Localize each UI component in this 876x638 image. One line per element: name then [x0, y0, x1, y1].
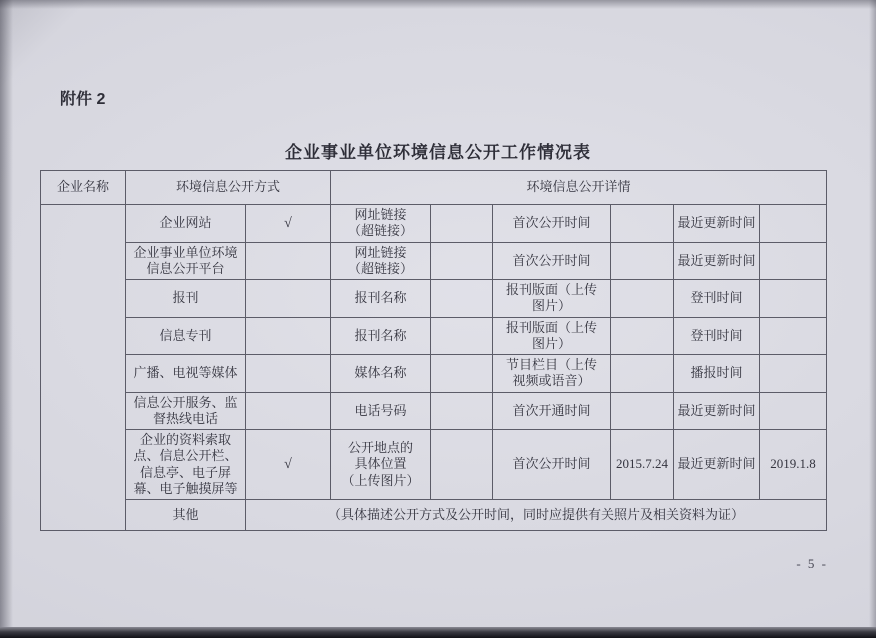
- detail-field-label: 报刊版面（上传 图片）: [493, 280, 611, 318]
- table-row-other: 其他 （具体描述公开方式及公开时间，同时应提供有关照片及相关资料为证）: [41, 500, 827, 531]
- detail-field-value: 2015.7.24: [611, 430, 674, 500]
- method-label: 信息公开服务、监督热线电话: [126, 392, 246, 430]
- method-checkmark: [246, 392, 331, 430]
- detail-field-value: [760, 205, 827, 243]
- method-label: 企业事业单位环境信息公开平台: [126, 242, 246, 280]
- detail-field-value: [431, 205, 493, 243]
- scanned-document-page: 附件 2 企业事业单位环境信息公开工作情况表 企业名称 环境信息公开方式 环境信…: [0, 0, 876, 638]
- detail-field-label: 报刊名称: [331, 280, 431, 318]
- detail-field-value: [431, 242, 493, 280]
- method-label: 信息专刊: [126, 317, 246, 355]
- method-label-other: 其他: [126, 500, 246, 531]
- detail-field-value: [611, 392, 674, 430]
- detail-field-label: 首次公开时间: [493, 205, 611, 243]
- disclosure-table: 企业名称 环境信息公开方式 环境信息公开详情 企业网站 √ 网址链接 （超链接）…: [40, 170, 827, 531]
- method-checkmark: √: [246, 430, 331, 500]
- detail-field-label: 登刊时间: [674, 280, 760, 318]
- scan-edge-left: [0, 0, 13, 638]
- method-checkmark: √: [246, 205, 331, 243]
- detail-field-label: 首次公开时间: [493, 430, 611, 500]
- header-disclosure-detail: 环境信息公开详情: [331, 171, 827, 205]
- detail-field-label: 最近更新时间: [674, 205, 760, 243]
- table-header-row: 企业名称 环境信息公开方式 环境信息公开详情: [41, 171, 827, 205]
- scan-edge-right: [869, 0, 876, 638]
- detail-field-value: [760, 392, 827, 430]
- page-number: - 5 -: [796, 556, 828, 572]
- detail-field-value: 2019.1.8: [760, 430, 827, 500]
- detail-field-label: 电话号码: [331, 392, 431, 430]
- scan-edge-bottom: [0, 627, 876, 638]
- detail-field-label: 首次开通时间: [493, 392, 611, 430]
- detail-field-label: 网址链接 （超链接）: [331, 205, 431, 243]
- table-row: 报刊 报刊名称 报刊版面（上传 图片） 登刊时间: [41, 280, 827, 318]
- detail-field-value: [760, 280, 827, 318]
- detail-field-value: [611, 355, 674, 393]
- detail-field-label: 最近更新时间: [674, 242, 760, 280]
- table-row: 广播、电视等媒体 媒体名称 节目栏目（上传 视频或语音） 播报时间: [41, 355, 827, 393]
- detail-field-value: [431, 430, 493, 500]
- table-row: 企业的资料索取点、信息公开栏、信息亭、电子屏幕、电子触摸屏等 √ 公开地点的 具…: [41, 430, 827, 500]
- detail-field-label: 最近更新时间: [674, 430, 760, 500]
- detail-field-label: 最近更新时间: [674, 392, 760, 430]
- other-description-note: （具体描述公开方式及公开时间，同时应提供有关照片及相关资料为证）: [246, 500, 827, 531]
- detail-field-value: [431, 280, 493, 318]
- method-checkmark: [246, 317, 331, 355]
- detail-field-value: [760, 242, 827, 280]
- detail-field-value: [760, 317, 827, 355]
- method-checkmark: [246, 355, 331, 393]
- detail-field-value: [611, 205, 674, 243]
- company-name-cell: [41, 205, 126, 531]
- detail-field-value: [611, 242, 674, 280]
- detail-field-value: [431, 355, 493, 393]
- table-row: 信息专刊 报刊名称 报刊版面（上传 图片） 登刊时间: [41, 317, 827, 355]
- detail-field-label: 公开地点的 具体位置 （上传图片）: [331, 430, 431, 500]
- detail-field-label: 报刊版面（上传 图片）: [493, 317, 611, 355]
- method-label: 报刊: [126, 280, 246, 318]
- detail-field-value: [611, 280, 674, 318]
- method-label: 企业的资料索取点、信息公开栏、信息亭、电子屏幕、电子触摸屏等: [126, 430, 246, 500]
- detail-field-label: 媒体名称: [331, 355, 431, 393]
- detail-field-label: 节目栏目（上传 视频或语音）: [493, 355, 611, 393]
- detail-field-value: [760, 355, 827, 393]
- detail-field-label: 报刊名称: [331, 317, 431, 355]
- table-row: 企业网站 √ 网址链接 （超链接） 首次公开时间 最近更新时间: [41, 205, 827, 243]
- detail-field-value: [431, 392, 493, 430]
- method-checkmark: [246, 242, 331, 280]
- table-row: 信息公开服务、监督热线电话 电话号码 首次开通时间 最近更新时间: [41, 392, 827, 430]
- attachment-label: 附件 2: [60, 86, 105, 109]
- document-title: 企业事业单位环境信息公开工作情况表: [0, 138, 876, 163]
- method-checkmark: [246, 280, 331, 318]
- header-company-name: 企业名称: [41, 171, 126, 205]
- detail-field-label: 登刊时间: [674, 317, 760, 355]
- detail-field-label: 网址链接 （超链接）: [331, 242, 431, 280]
- table-row: 企业事业单位环境信息公开平台 网址链接 （超链接） 首次公开时间 最近更新时间: [41, 242, 827, 280]
- detail-field-label: 首次公开时间: [493, 242, 611, 280]
- detail-field-value: [611, 317, 674, 355]
- detail-field-value: [431, 317, 493, 355]
- method-label: 广播、电视等媒体: [126, 355, 246, 393]
- header-disclosure-method: 环境信息公开方式: [126, 171, 331, 205]
- method-label: 企业网站: [126, 205, 246, 243]
- detail-field-label: 播报时间: [674, 355, 760, 393]
- scan-edge-top: [0, 0, 876, 9]
